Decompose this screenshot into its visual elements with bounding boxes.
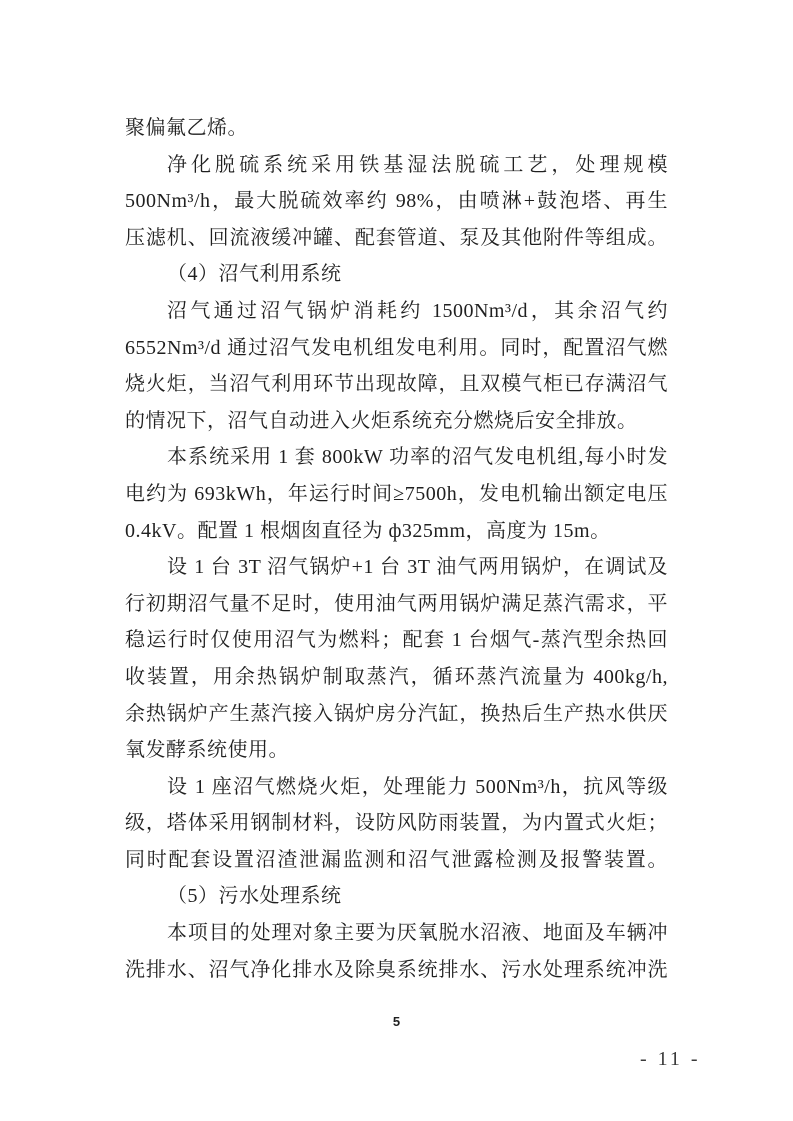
text-line: （4）沼气利用系统 <box>125 256 668 293</box>
text-line: 本系统采用 1 套 800kW 功率的沼气发电机组,每小时发 <box>125 439 668 476</box>
text-line: 500Nm³/h，最大脱硫效率约 98%，由喷淋+鼓泡塔、再生槽、 <box>125 183 668 220</box>
text-line: 级，塔体采用钢制材料，设防风防雨装置，为内置式火炬； <box>125 805 668 842</box>
text-line: 设 1 台 3T 沼气锅炉+1 台 3T 油气两用锅炉，在调试及运 <box>125 549 668 586</box>
text-line: 设 1 座沼气燃烧火炬，处理能力 500Nm³/h，抗风等级 12 <box>125 769 668 806</box>
text-line: 洗排水、沼气净化排水及除臭系统排水、污水处理系统冲洗 <box>125 952 668 989</box>
text-line: 氧发酵系统使用。 <box>125 732 668 769</box>
text-line: 0.4kV。配置 1 根烟囱直径为 ф325mm，高度为 15m。 <box>125 513 668 550</box>
text-line: 的情况下，沼气自动进入火炬系统充分燃烧后安全排放。 <box>125 403 668 440</box>
text-line: 电约为 693kWh，年运行时间≥7500h，发电机输出额定电压 <box>125 476 668 513</box>
text-line: 收装置，用余热锅炉制取蒸汽，循环蒸汽流量为 400kg/h, <box>125 659 668 696</box>
text-line: 余热锅炉产生蒸汽接入锅炉房分汽缸，换热后生产热水供厌 <box>125 696 668 733</box>
footnote-page-indicator: 5 <box>0 1014 793 1029</box>
text-line: 6552Nm³/d 通过沼气发电机组发电利用。同时，配置沼气燃 <box>125 330 668 367</box>
text-line: 烧火炬，当沼气利用环节出现故障，且双模气柜已存满沼气 <box>125 366 668 403</box>
body-text: 聚偏氟乙烯。净化脱硫系统采用铁基湿法脱硫工艺，处理规模500Nm³/h，最大脱硫… <box>125 110 668 988</box>
document-page: 聚偏氟乙烯。净化脱硫系统采用铁基湿法脱硫工艺，处理规模500Nm³/h，最大脱硫… <box>0 0 793 1121</box>
text-line: 同时配套设置沼渣泄漏监测和沼气泄露检测及报警装置。 <box>125 842 668 879</box>
text-line: 行初期沼气量不足时，使用油气两用锅炉满足蒸汽需求，平 <box>125 586 668 623</box>
text-line: 本项目的处理对象主要为厌氧脱水沼液、地面及车辆冲 <box>125 915 668 952</box>
text-line: 稳运行时仅使用沼气为燃料；配套 1 台烟气-蒸汽型余热回 <box>125 622 668 659</box>
text-line: 净化脱硫系统采用铁基湿法脱硫工艺，处理规模 <box>125 147 668 184</box>
text-line: （5）污水处理系统 <box>125 878 668 915</box>
text-line: 聚偏氟乙烯。 <box>125 110 668 147</box>
text-line: 压滤机、回流液缓冲罐、配套管道、泵及其他附件等组成。 <box>125 220 668 257</box>
text-line: 沼气通过沼气锅炉消耗约 1500Nm³/d，其余沼气约 <box>125 293 668 330</box>
page-number: - 11 - <box>640 1048 701 1071</box>
